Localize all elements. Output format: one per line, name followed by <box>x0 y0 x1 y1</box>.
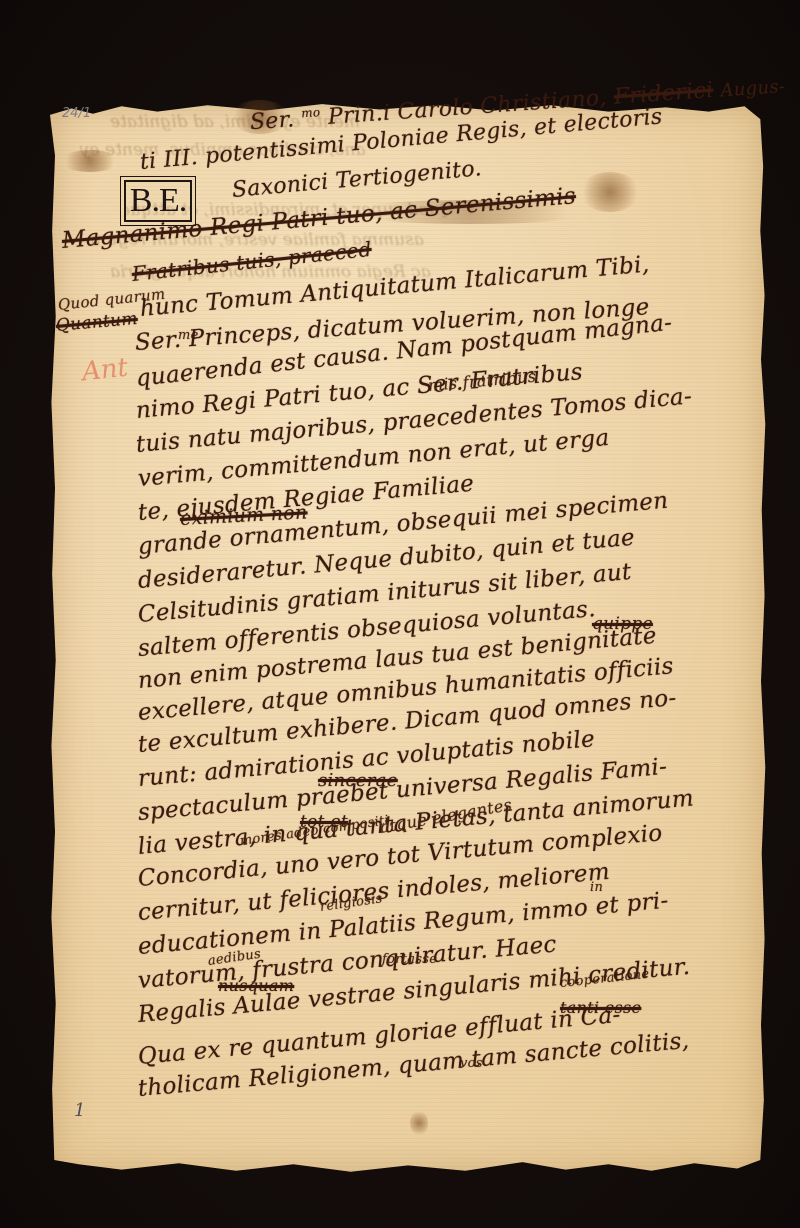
red-margin-note: Ant <box>81 353 130 388</box>
heading-augus: Augus- <box>720 76 786 101</box>
heading-ser: Ser. <box>249 107 295 135</box>
library-stamp: B.E. <box>124 180 192 222</box>
page-number: 1 <box>74 1100 85 1121</box>
insertion-fortasse: fortasse <box>382 952 437 967</box>
heading-sup-mo: mo <box>301 105 321 120</box>
insertion-vos: vos <box>460 1056 483 1071</box>
folio-mark: 24/1 <box>62 106 91 121</box>
